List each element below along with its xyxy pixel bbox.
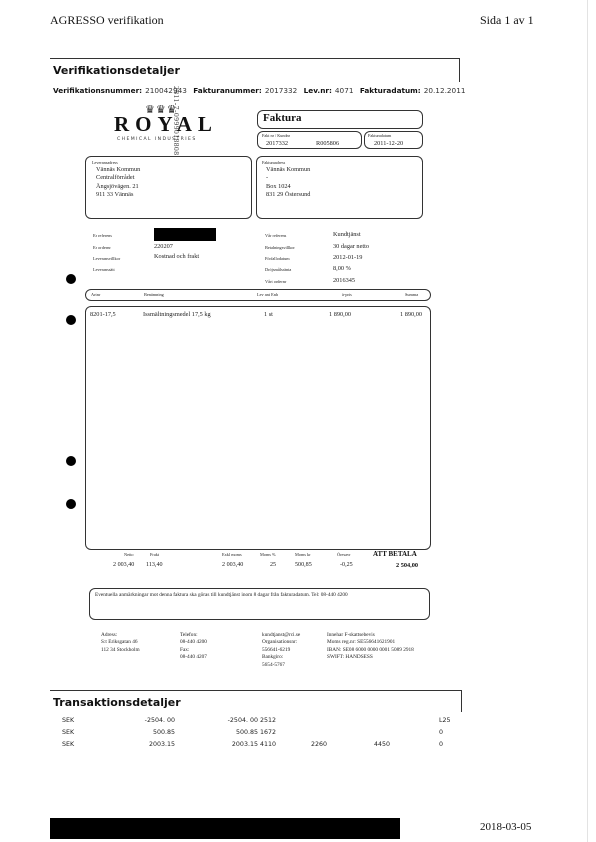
item-benamning: Issmältningsmedel 17,5 kg [143,311,211,318]
att-betala-value: 2 504,00 [396,562,418,569]
page-edge [587,0,588,842]
column-header-antal: Lev ant Enh [257,292,278,297]
document-title: AGRESSO verifikation [50,13,164,28]
item-apris: 1 890,00 [329,311,351,318]
tx-col6: 0 [439,741,443,748]
tx-col6: 0 [439,729,443,736]
betalningsvillkor-value: 30 dagar netto [333,243,369,250]
address-line: - [266,174,310,182]
levnr-label: Lev.nr: [304,86,332,95]
fakturadatum-value: 20.12.2011 [424,86,466,95]
transaction-row: SEK -2504. 00 -2504. 00 2512 L25 [0,717,596,727]
oresavrundning-value: -0,25 [340,562,353,568]
invoice-date-label: Fakturadatum [368,133,391,138]
customer-number-value: R005806 [316,140,339,147]
leveransvillkor-value: Kostnad och frakt [154,253,199,260]
netto-value: 2 003,40 [113,562,134,568]
punch-hole-icon [66,499,76,509]
column-header-apris: à-pris [342,292,352,297]
tx-amount: 500.85 [140,729,175,736]
column-header-artnr: Artnr [91,292,100,297]
billing-address: Vännäs Kommun - Box 1024 831 29 Östersun… [266,166,310,199]
transactions-section-title: Transaktionsdetaljer [53,696,181,709]
tx-currency: SEK [62,741,74,748]
drojsmalsranta-value: 8,00 % [333,265,351,272]
invoice-heading: Faktura [263,112,302,124]
address-line: Centralförrådet [96,174,140,182]
delivery-address: Vännäs Kommun Centralförrådet Ängsjöväge… [96,166,140,199]
tx-amount-account: 500.85 1672 [210,729,276,736]
punch-hole-icon [66,274,76,284]
verification-fields: Verifikationsnummer:210042943 Fakturanum… [53,86,469,95]
transaction-row: SEK 500.85 500.85 1672 0 [0,729,596,739]
tx-col6: L25 [439,717,451,724]
att-betala-label: ATT BETALA [373,550,417,558]
company-logo-subtitle: CHEMICAL INDUSTRIES [117,137,197,142]
company-contact: kundtjanst@rci.se Organisationsnr: 55664… [262,632,300,669]
betalningsvillkor-label: Betalningsvillkor [265,245,295,250]
company-bank-info: Innehar F-skattsebevis Moms reg.nr: SE55… [327,632,414,662]
transaction-row: SEK 2003.15 2003.15 4110 2260 4450 0 [0,741,596,751]
print-date: 2018-03-05 [480,821,531,833]
er-ordernr-value: 220207 [154,243,173,250]
item-summa: 1 890,00 [400,311,422,318]
address-line: 911 33 Vännäs [96,191,140,199]
punch-hole-icon [66,456,76,466]
tx-amount-account: 2003.15 4110 [210,741,276,748]
leveransvillkor-label: Leveransvillkor [93,256,120,261]
var-referens-label: Vår referens [265,233,286,238]
column-header-benamning: Benämning [144,292,164,297]
address-line: Box 1024 [266,183,310,191]
invoice-date-value: 2011-12-20 [374,140,403,147]
vart-ordernr-label: Vårt ordernr [265,279,286,284]
verification-section-title: Verifikationsdetaljer [53,64,180,77]
forfallodatum-value: 2012-01-19 [333,254,362,261]
tx-col5: 4450 [374,741,390,748]
remark-text: Eventuella anmärkningar mot denna faktur… [95,592,348,598]
oresavrundning-label: Öresavr [337,552,351,557]
invoice-number-value: 2017332 [266,140,288,147]
invoice-number-label: Fakt nr / Kundnr [262,133,290,138]
company-phone: Telefon: 08-440 4200 Fax: 08-440 4207 [180,632,207,662]
moms-kr-label: Moms kr [295,552,311,557]
var-referens-value: Kundtjänst [333,231,361,238]
address-line: 831 29 Östersund [266,191,310,199]
er-ordernr-label: Er ordernr [93,245,111,250]
column-header-summa: Summa [405,292,418,297]
forfallodatum-label: Förfallodatum [265,256,290,261]
fakturanummer-label: Fakturanummer: [193,86,262,95]
leveranssatt-label: Leveranssätt [93,267,115,272]
item-artnr: 8201-17,5 [90,311,116,318]
moms-percent-label: Moms % [260,552,276,557]
fakturanummer-value: 2017332 [265,86,298,95]
billing-address-label: Fakturaadress [262,160,285,165]
punch-hole-icon [66,315,76,325]
redacted-footer [50,818,400,839]
tx-amount-account: -2504. 00 2512 [210,717,276,724]
tx-col4: 2260 [311,741,327,748]
item-table-body [85,306,431,550]
tx-currency: SEK [62,729,74,736]
page-indicator: Sida 1 av 1 [480,13,534,28]
verifikationsnummer-label: Verifikationsnummer: [53,86,142,95]
address-line: Vännäs Kommun [266,166,310,174]
moms-kr-value: 500,85 [295,562,312,568]
moms-percent-value: 25 [270,562,276,568]
item-antal: 1 st [264,311,273,318]
frakt-label: Frakt [150,552,159,557]
frakt-value: 113,40 [146,562,163,568]
vart-ordernr-value: 2016345 [333,277,355,284]
company-address: Adress: S:t Eriksgatan 46 112 34 Stockho… [101,632,140,654]
exkl-moms-value: 2 003,40 [222,562,243,568]
address-line: Vännäs Kommun [96,166,140,174]
drojsmalsranta-label: Dröjsmålsränta [265,267,291,272]
company-logo-wordmark: ROYAL [114,114,218,135]
redacted-reference [154,228,216,241]
levnr-value: 4071 [335,86,354,95]
er-referens-label: Er referens [93,233,112,238]
tx-amount: -2504. 00 [140,717,175,724]
delivery-address-label: Leveransadress [92,160,118,165]
address-line: Ängsjövägen. 21 [96,183,140,191]
tx-amount: 2003.15 [140,741,175,748]
tx-currency: SEK [62,717,74,724]
exkl-moms-label: Exkl moms [222,552,242,557]
fakturadatum-label: Fakturadatum: [360,86,421,95]
netto-label: Netto [124,552,134,557]
